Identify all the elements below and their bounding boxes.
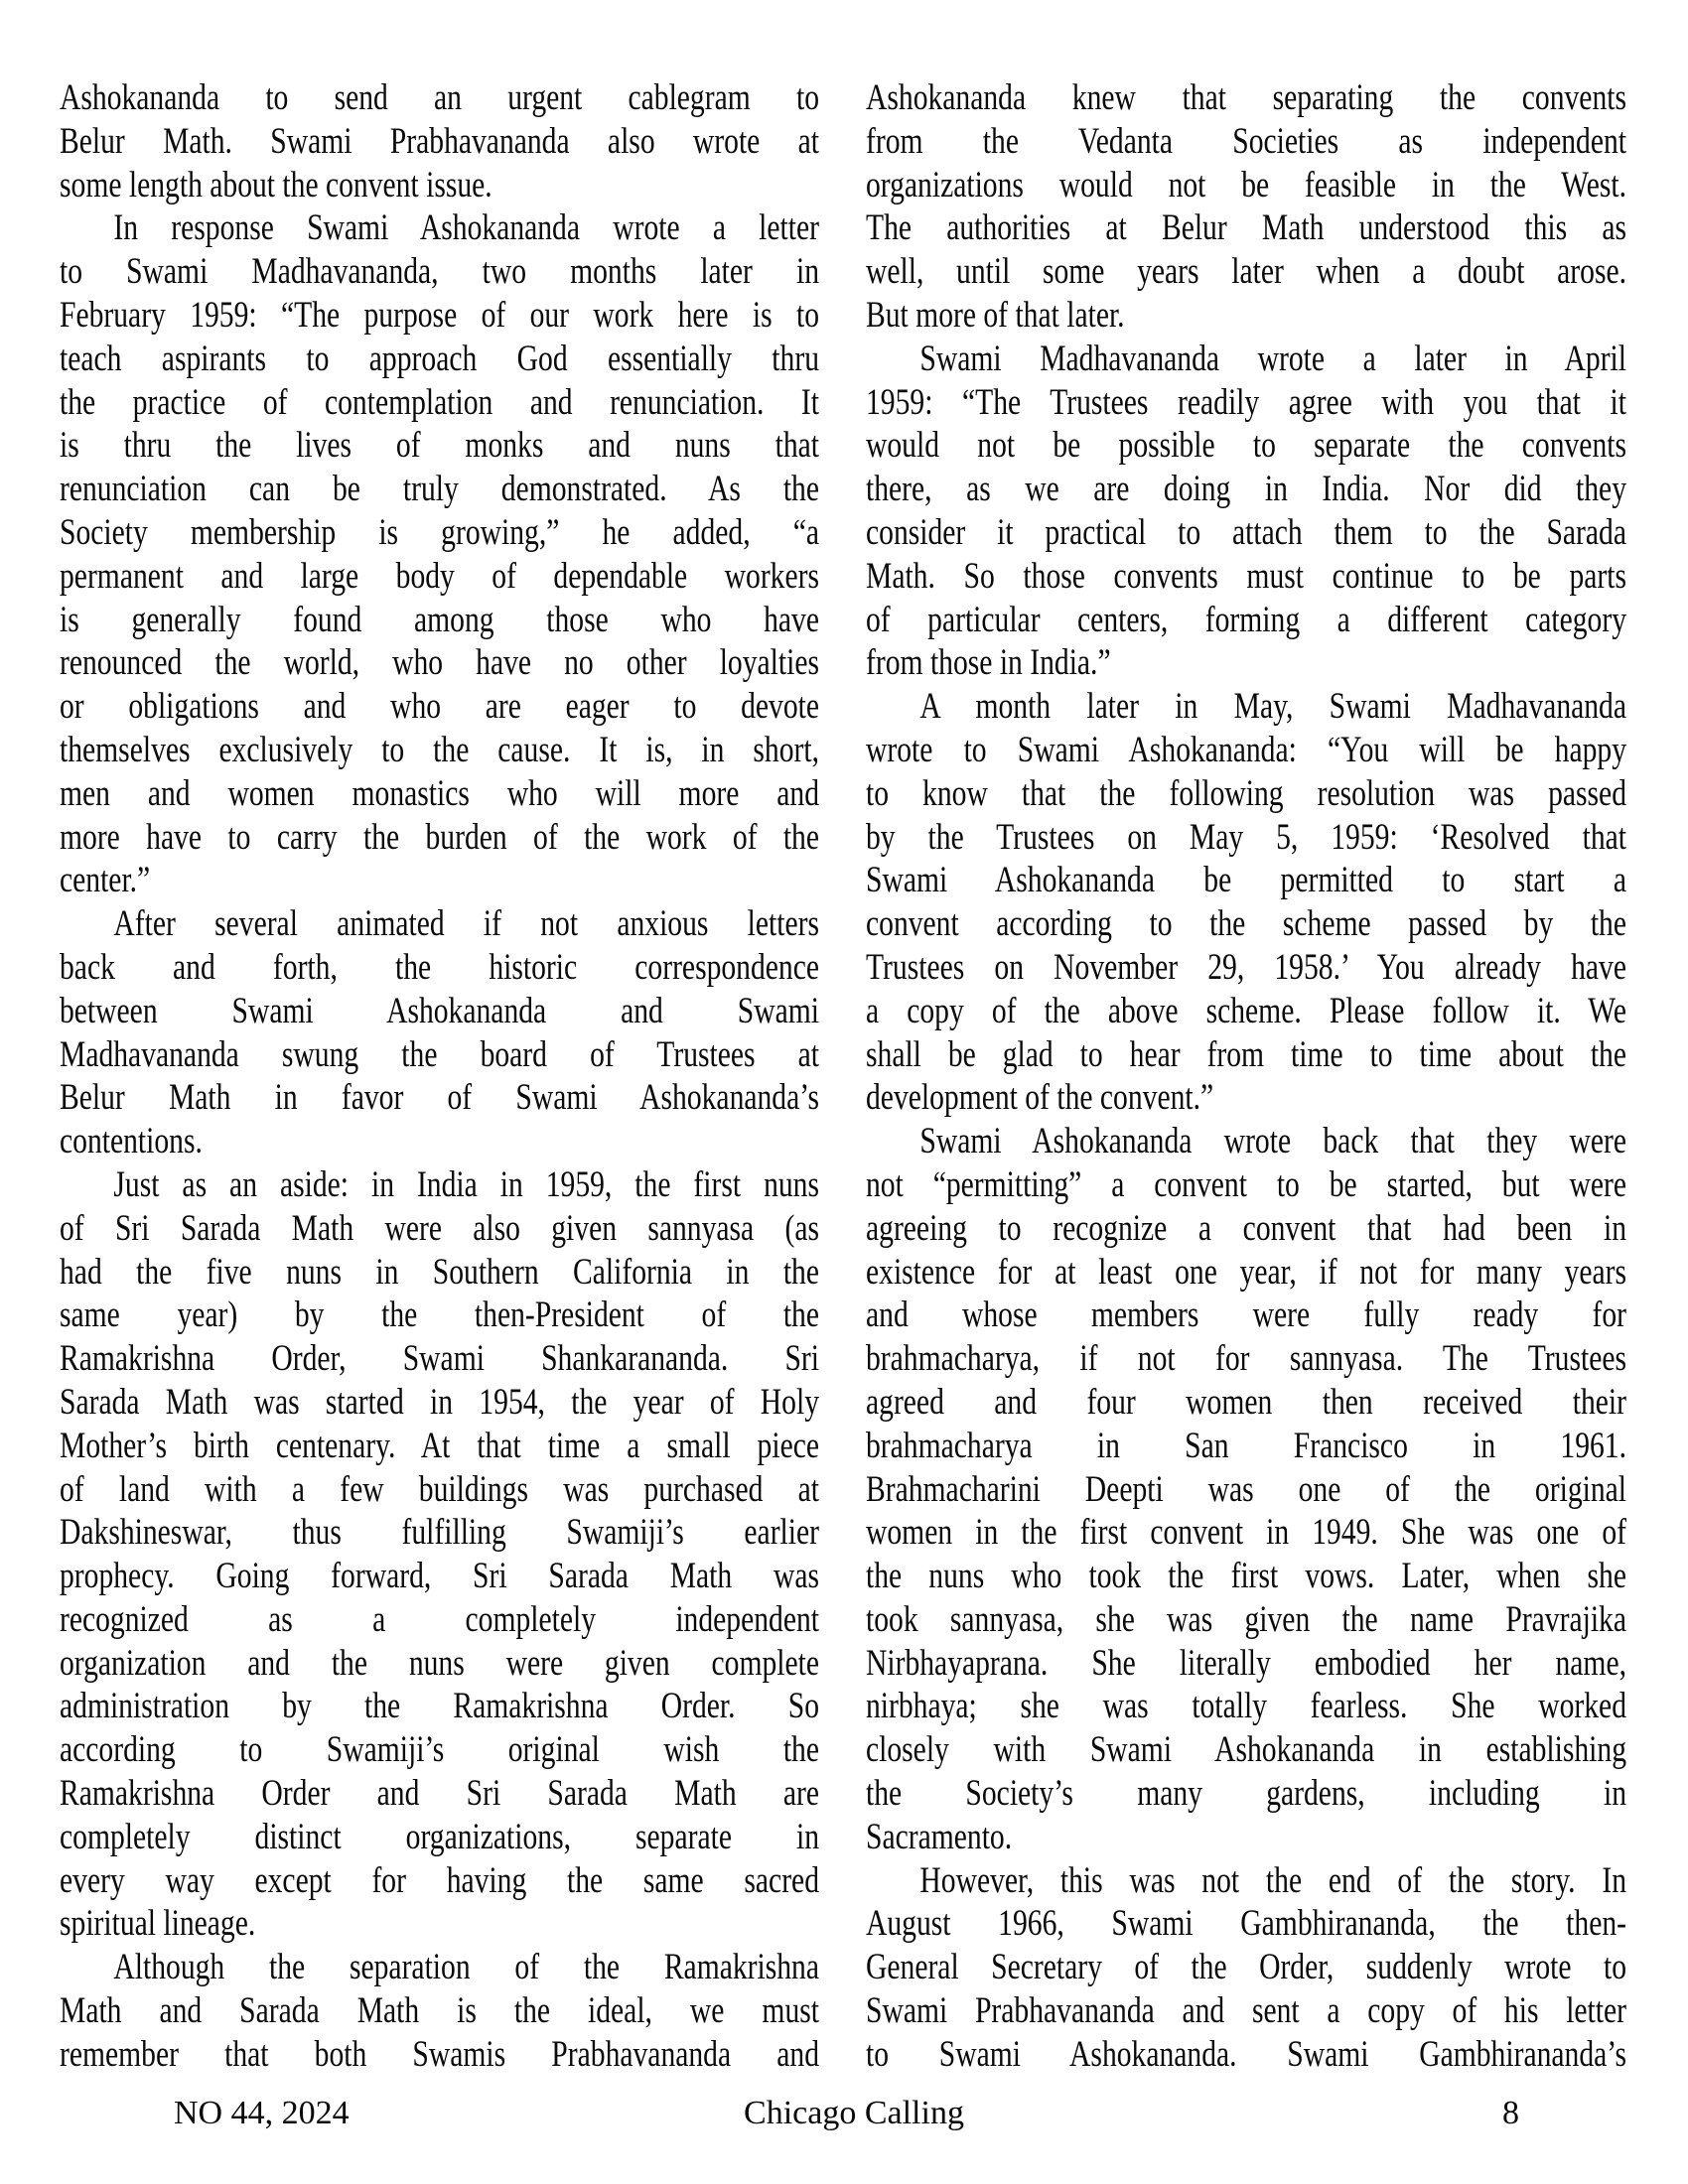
text-line: Dakshineswar, thus fulfilling Swamiji’s … bbox=[60, 1511, 819, 1555]
text-line: and whose members were fully ready for bbox=[866, 1294, 1626, 1337]
text-line: of land with a few buildings was purchas… bbox=[60, 1468, 819, 1512]
text-line: But more of that later. bbox=[866, 294, 1626, 338]
text-line: remember that both Swamis Prabhavananda … bbox=[60, 2033, 819, 2077]
text-line: Sarada Math was started in 1954, the yea… bbox=[60, 1381, 819, 1425]
text-line: brahmacharya in San Francisco in 1961. bbox=[866, 1425, 1626, 1468]
text-line: women in the first convent in 1949. She … bbox=[866, 1511, 1626, 1555]
text-line: from the Vedanta Societies as independen… bbox=[866, 120, 1626, 164]
text-line: men and women monastics who will more an… bbox=[60, 772, 819, 816]
text-line: themselves exclusively to the cause. It … bbox=[60, 729, 819, 772]
footer-issue-number: NO 44, 2024 bbox=[174, 2091, 350, 2135]
column-right: Ashokananda knew that separating the con… bbox=[866, 76, 1626, 2077]
text-line: Just as an aside: in India in 1959, the … bbox=[60, 1163, 819, 1207]
text-line: administration by the Ramakrishna Order.… bbox=[60, 1685, 819, 1728]
text-line: same year) by the then-President of the bbox=[60, 1294, 819, 1337]
text-line: In response Swami Ashokananda wrote a le… bbox=[60, 206, 819, 250]
text-line: organizations would not be feasible in t… bbox=[866, 164, 1626, 207]
text-line: to know that the following resolution wa… bbox=[866, 772, 1626, 816]
text-line: more have to carry the burden of the wor… bbox=[60, 816, 819, 860]
text-line: permanent and large body of dependable w… bbox=[60, 555, 819, 599]
text-line: back and forth, the historic corresponde… bbox=[60, 946, 819, 990]
text-line: took sannyasa, she was given the name Pr… bbox=[866, 1598, 1626, 1642]
text-line: Sacramento. bbox=[866, 1816, 1626, 1859]
text-line: August 1966, Swami Gambhirananda, the th… bbox=[866, 1902, 1626, 1946]
text-line: Trustees on November 29, 1958.’ You alre… bbox=[866, 946, 1626, 990]
text-line: to Swami Ashokananda. Swami Gambhiranand… bbox=[866, 2033, 1626, 2077]
text-line: recognized as a completely independent bbox=[60, 1598, 819, 1642]
text-line: Ashokananda knew that separating the con… bbox=[866, 76, 1626, 120]
paragraph: Ashokananda to send an urgent cablegram … bbox=[60, 76, 819, 206]
text-line: After several animated if not anxious le… bbox=[60, 902, 819, 946]
text-line: organization and the nuns were given com… bbox=[60, 1642, 819, 1686]
text-line: prophecy. Going forward, Sri Sarada Math… bbox=[60, 1555, 819, 1598]
paragraph: Although the separation of the Ramakrish… bbox=[60, 1946, 819, 2076]
text-line: Math. So those convents must continue to… bbox=[866, 555, 1626, 599]
text-line: renunciation can be truly demonstrated. … bbox=[60, 468, 819, 511]
text-line: of Sri Sarada Math were also given sanny… bbox=[60, 1207, 819, 1251]
page-footer: NO 44, 2024 Chicago Calling 8 bbox=[0, 2091, 1688, 2140]
text-line: existence for at least one year, if not … bbox=[866, 1251, 1626, 1295]
text-line: completely distinct organizations, separ… bbox=[60, 1816, 819, 1859]
paragraph: However, this was not the end of the sto… bbox=[866, 1859, 1626, 2077]
text-line: development of the convent.” bbox=[866, 1076, 1626, 1120]
text-line: renounced the world, who have no other l… bbox=[60, 641, 819, 685]
text-line: Belur Math in favor of Swami Ashokananda… bbox=[60, 1076, 819, 1120]
text-line: agreed and four women then received thei… bbox=[866, 1381, 1626, 1425]
paragraph: Just as an aside: in India in 1959, the … bbox=[60, 1163, 819, 1946]
paragraph: Ashokananda knew that separating the con… bbox=[866, 76, 1626, 338]
text-line: Society membership is growing,” he added… bbox=[60, 511, 819, 555]
text-line: not “permitting” a convent to be started… bbox=[866, 1163, 1626, 1207]
text-line: However, this was not the end of the sto… bbox=[866, 1859, 1626, 1903]
text-line: spiritual lineage. bbox=[60, 1902, 819, 1946]
text-line: center.” bbox=[60, 859, 819, 902]
paragraph: A month later in May, Swami Madhavananda… bbox=[866, 685, 1626, 1120]
text-line: The authorities at Belur Math understood… bbox=[866, 206, 1626, 250]
text-line: Mother’s birth centenary. At that time a… bbox=[60, 1425, 819, 1468]
footer-page-number: 8 bbox=[1502, 2091, 1519, 2135]
text-line: A month later in May, Swami Madhavananda bbox=[866, 685, 1626, 729]
text-line: Nirbhayaprana. She literally embodied he… bbox=[866, 1642, 1626, 1686]
text-line: wrote to Swami Ashokananda: “You will be… bbox=[866, 729, 1626, 772]
text-line: by the Trustees on May 5, 1959: ‘Resolve… bbox=[866, 816, 1626, 860]
text-line: to Swami Madhavananda, two months later … bbox=[60, 250, 819, 294]
text-line: Swami Madhavananda wrote a later in Apri… bbox=[866, 338, 1626, 381]
text-line: a copy of the above scheme. Please follo… bbox=[866, 990, 1626, 1033]
text-line: nirbhaya; she was totally fearless. She … bbox=[866, 1685, 1626, 1728]
text-line: Madhavananda swung the board of Trustees… bbox=[60, 1033, 819, 1077]
text-line: 1959: “The Trustees readily agree with y… bbox=[866, 381, 1626, 425]
text-line: closely with Swami Ashokananda in establ… bbox=[866, 1728, 1626, 1772]
text-line: Belur Math. Swami Prabhavananda also wro… bbox=[60, 120, 819, 164]
text-line: February 1959: “The purpose of our work … bbox=[60, 294, 819, 338]
page: Ashokananda to send an urgent cablegram … bbox=[0, 0, 1688, 2184]
column-left: Ashokananda to send an urgent cablegram … bbox=[60, 76, 819, 2077]
text-line: well, until some years later when a doub… bbox=[866, 250, 1626, 294]
text-line: Ramakrishna Order, Swami Shankarananda. … bbox=[60, 1337, 819, 1381]
text-line: is thru the lives of monks and nuns that bbox=[60, 424, 819, 468]
paragraph: In response Swami Ashokananda wrote a le… bbox=[60, 206, 819, 902]
text-line: every way except for having the same sac… bbox=[60, 1859, 819, 1903]
text-line: the Society’s many gardens, including in bbox=[866, 1772, 1626, 1816]
text-line: between Swami Ashokananda and Swami bbox=[60, 990, 819, 1033]
text-line: the practice of contemplation and renunc… bbox=[60, 381, 819, 425]
text-line: teach aspirants to approach God essentia… bbox=[60, 338, 819, 381]
text-line: some length about the convent issue. bbox=[60, 164, 819, 207]
paragraph: After several animated if not anxious le… bbox=[60, 902, 819, 1163]
text-line: Math and Sarada Math is the ideal, we mu… bbox=[60, 1989, 819, 2033]
text-line: there, as we are doing in India. Nor did… bbox=[866, 468, 1626, 511]
text-line: consider it practical to attach them to … bbox=[866, 511, 1626, 555]
paragraph: Swami Madhavananda wrote a later in Apri… bbox=[866, 338, 1626, 685]
text-line: General Secretary of the Order, suddenly… bbox=[866, 1946, 1626, 1989]
text-line: agreeing to recognize a convent that had… bbox=[866, 1207, 1626, 1251]
text-line: Swami Ashokananda wrote back that they w… bbox=[866, 1120, 1626, 1163]
text-line: the nuns who took the first vows. Later,… bbox=[866, 1555, 1626, 1598]
text-line: Swami Ashokananda be permitted to start … bbox=[866, 859, 1626, 902]
text-line: shall be glad to hear from time to time … bbox=[866, 1033, 1626, 1077]
text-line: according to Swamiji’s original wish the bbox=[60, 1728, 819, 1772]
text-line: or obligations and who are eager to devo… bbox=[60, 685, 819, 729]
text-line: Ramakrishna Order and Sri Sarada Math ar… bbox=[60, 1772, 819, 1816]
text-line: Ashokananda to send an urgent cablegram … bbox=[60, 76, 819, 120]
text-line: Swami Prabhavananda and sent a copy of h… bbox=[866, 1989, 1626, 2033]
text-line: is generally found among those who have bbox=[60, 599, 819, 642]
text-line: Although the separation of the Ramakrish… bbox=[60, 1946, 819, 1989]
footer-publication-title: Chicago Calling bbox=[744, 2091, 964, 2135]
paragraph: Swami Ashokananda wrote back that they w… bbox=[866, 1120, 1626, 1859]
text-line: brahmacharya, if not for sannyasa. The T… bbox=[866, 1337, 1626, 1381]
text-line: Brahmacharini Deepti was one of the orig… bbox=[866, 1468, 1626, 1512]
text-line: would not be possible to separate the co… bbox=[866, 424, 1626, 468]
text-line: of particular centers, forming a differe… bbox=[866, 599, 1626, 642]
text-line: had the five nuns in Southern California… bbox=[60, 1251, 819, 1295]
text-line: contentions. bbox=[60, 1120, 819, 1163]
text-line: from those in India.” bbox=[866, 641, 1626, 685]
text-line: convent according to the scheme passed b… bbox=[866, 902, 1626, 946]
